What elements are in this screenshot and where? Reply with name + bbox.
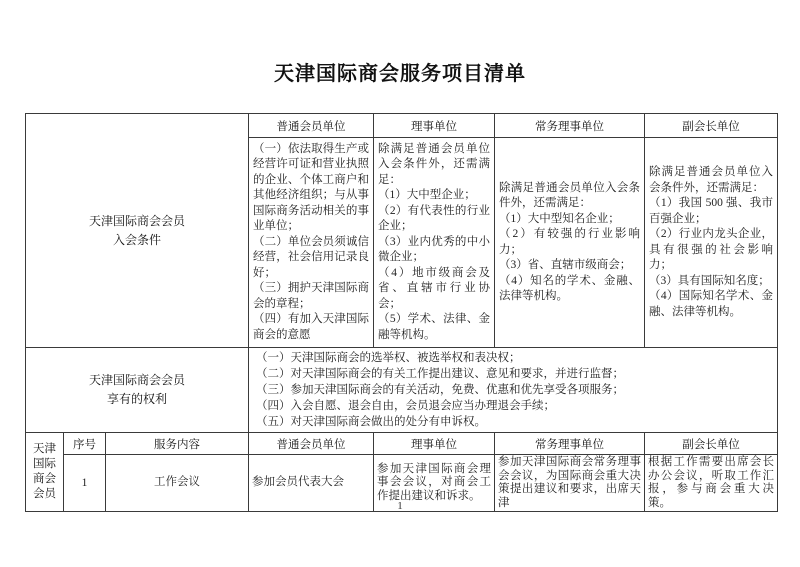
rights-content-cell: （一）天津国际商会的选举权、被选举权和表决权； （二）对天津国际商会的有关工作提… [249, 348, 778, 433]
admission-vice-president-cell: 除满足普通会员单位入会条件外，还需满足： （1）我国 500 强、我市百强企业；… [645, 138, 778, 348]
membership-services-table: 天津国际商会会员 入会条件 普通会员单位 理事单位 常务理事单位 副会长单位 （… [25, 113, 778, 512]
page-number: 1 [0, 500, 800, 512]
header-vice-president-unit: 副会长单位 [645, 114, 778, 138]
admission-executive-director-cell: 除满足普通会员单位入会条件外，还需满足： （1）大中型知名企业； （2）有较强的… [495, 138, 645, 348]
services-header-director: 理事单位 [374, 433, 495, 455]
page-title: 天津国际商会服务项目清单 [0, 57, 800, 86]
admission-label-cell: 天津国际商会会员 入会条件 [26, 114, 249, 348]
services-header-no: 序号 [64, 433, 106, 455]
admission-ordinary-cell: （一）依法取得生产或经营许可证和营业执照的企业、个体工商户和其他经济组织；与从事… [249, 138, 374, 348]
admission-director-cell: 除满足普通会员单位入会条件外，还需满足： （1）大中型企业； （2）有代表性的行… [374, 138, 495, 348]
services-header-content: 服务内容 [106, 433, 249, 455]
header-executive-director-unit: 常务理事单位 [495, 114, 645, 138]
document-page: 天津国际商会服务项目清单 天津国际商会会员 入会条件 普通会员单位 理事单位 常… [0, 0, 800, 567]
services-header-ordinary: 普通会员单位 [249, 433, 374, 455]
header-director-unit: 理事单位 [374, 114, 495, 138]
header-ordinary-member: 普通会员单位 [249, 114, 374, 138]
rights-label-cell: 天津国际商会会员 享有的权利 [26, 348, 249, 433]
services-header-executive-director: 常务理事单位 [495, 433, 645, 455]
services-header-vice-president: 副会长单位 [645, 433, 778, 455]
